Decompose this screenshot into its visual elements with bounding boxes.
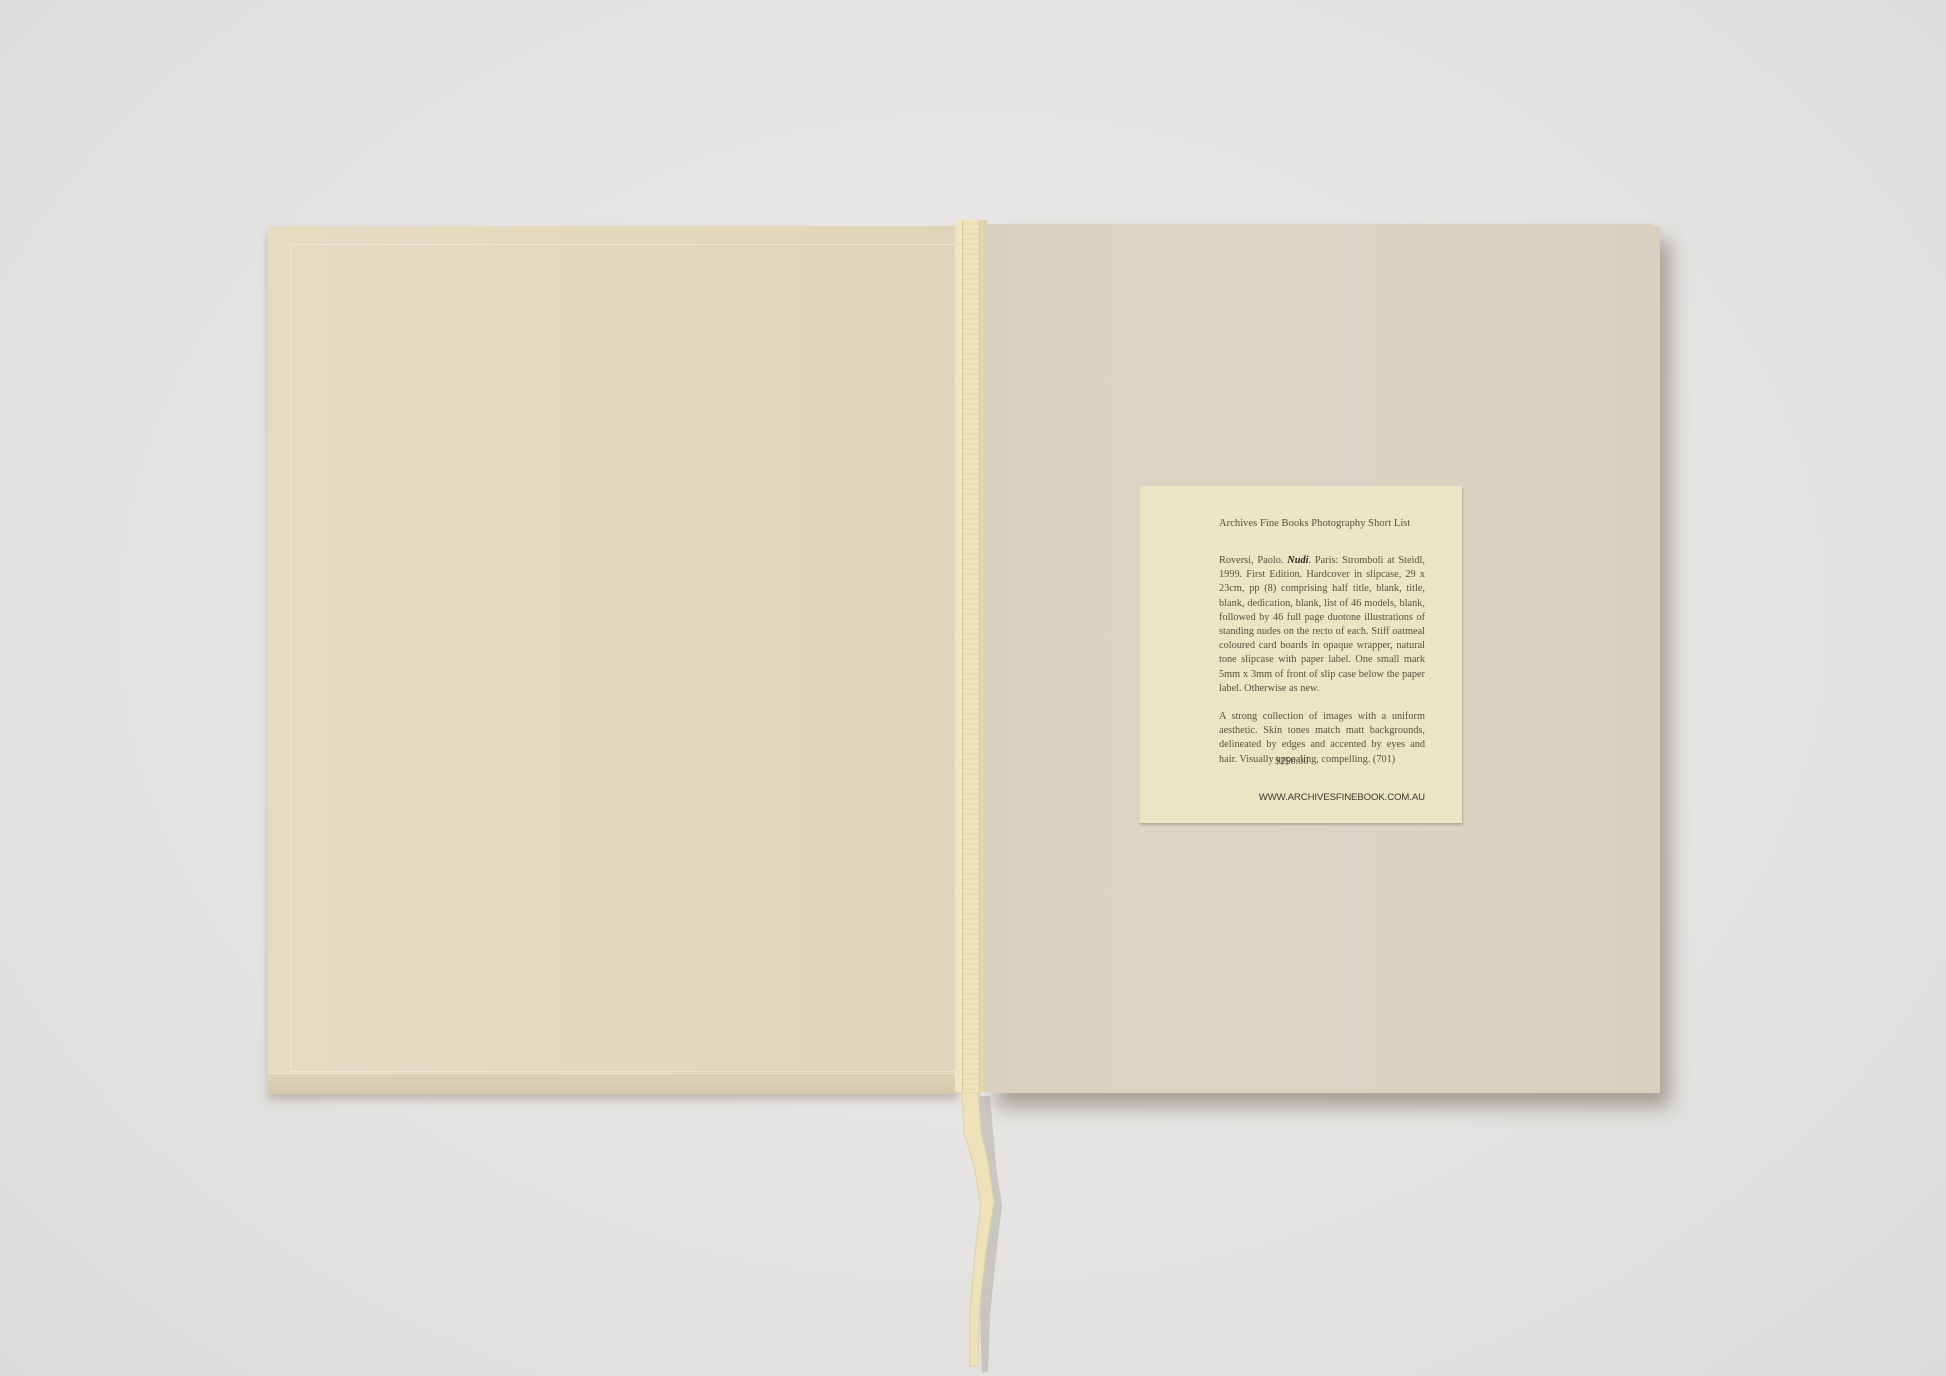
book-description-paragraph: Roversi, Paolo. Nudi. Paris: Stromboli a… [1219,554,1425,696]
bookseller-website: WWW.ARCHIVESFINEBOOK.COM.AU [1259,792,1425,803]
ribbon-bookmark-tail [948,1092,1028,1376]
label-title: Archives Fine Books Photography Short Li… [1219,518,1410,529]
book-commentary: A strong collection of images with a uni… [1219,710,1425,767]
ribbon-bookmark [962,220,980,1095]
photo-scene: Archives Fine Books Photography Short Li… [0,0,1946,1376]
bookseller-label: Archives Fine Books Photography Short Li… [1140,486,1462,823]
book-details: . Paris: Stromboli at Steidl, 1999. Firs… [1219,555,1425,694]
book-title: Nudi [1287,555,1308,566]
label-description: Roversi, Paolo. Nudi. Paris: Stromboli a… [1219,554,1425,781]
book-author: Roversi, Paolo. [1219,555,1283,566]
book-left-board [268,226,958,1094]
book-price: $250.00 [1275,756,1308,767]
